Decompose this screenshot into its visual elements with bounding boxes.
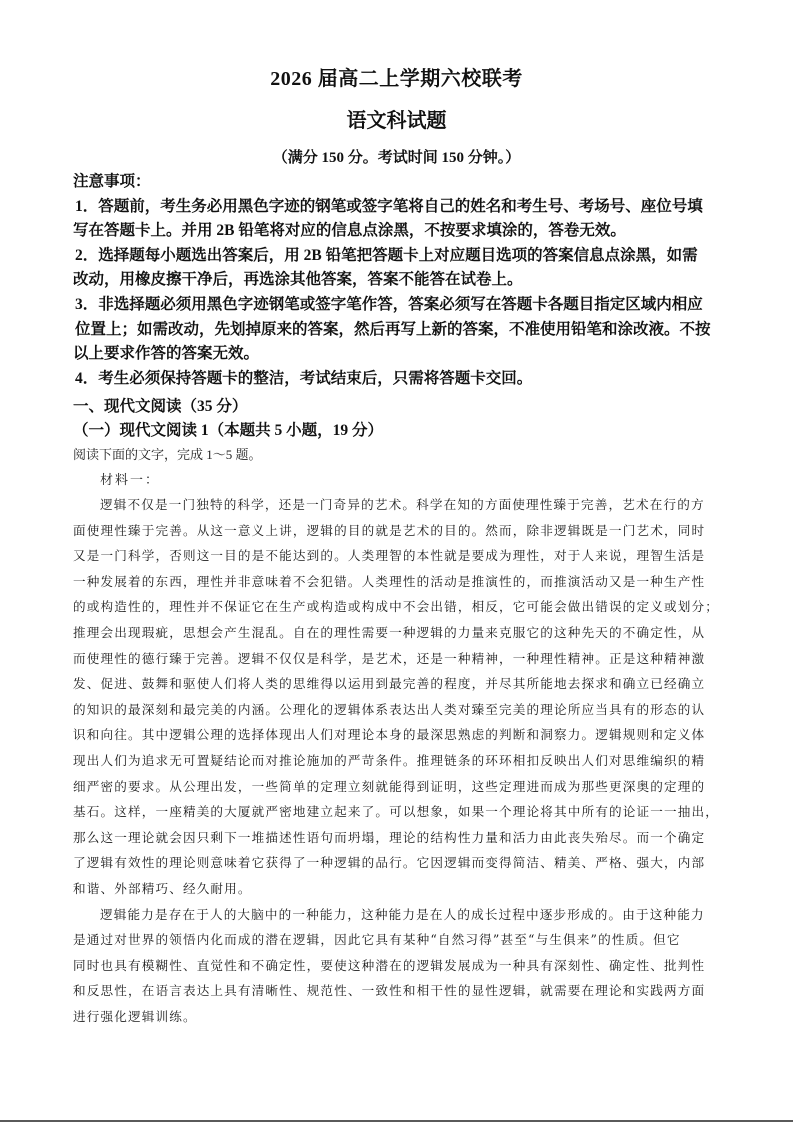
material-label: 材料一： bbox=[100, 469, 760, 488]
passage-line: 而使理性的德行臻于完善。逻辑不仅仅是科学，是艺术，还是一种精神，一种理性精神。正… bbox=[73, 646, 721, 672]
passage-line: 和反思性，在语言表达上具有清晰性、规范性、一致性和相干性的显性逻辑，就需要在理论… bbox=[73, 978, 721, 1004]
exam-title: 2026 届高二上学期六校联考 bbox=[0, 62, 793, 91]
passage-paragraph-1: 逻辑不仅是一门独特的科学，还是一门奇异的艺术。科学在知的方面使理性臻于完善，艺术… bbox=[73, 492, 721, 902]
subject-title: 语文科试题 bbox=[0, 104, 793, 133]
passage-line: 又是一门科学，否则这一目的是不能达到的。人类理智的本性就是要成为理性，对于人来说… bbox=[73, 543, 721, 569]
notice-line: 2．选择题每小题选出答案后，用 2B 铅笔把答题卡上对应题目选项的答案信息点涂黑… bbox=[73, 244, 733, 269]
passage-line: 是通过对世界的领悟内化而成的潜在逻辑，因此它具有某种“自然习得”甚至“与生俱来”… bbox=[73, 927, 721, 953]
section-subheading: （一）现代文阅读 1（本题共 5 小题，19 分） bbox=[73, 418, 733, 440]
section-heading: 一、现代文阅读（35 分） bbox=[73, 394, 733, 416]
passage-line: 推理会出现瑕疵，思想会产生混乱。自在的理性需要一种逻辑的力量来克服它的这种先天的… bbox=[73, 620, 721, 646]
passage-line: 现出人们为追求无可置疑结论而对推论施加的严苛条件。推理链条的环环相扣反映出人们对… bbox=[73, 748, 721, 774]
reading-instruction: 阅读下面的文字，完成 1～5 题。 bbox=[73, 444, 733, 463]
notice-line: 4．考生必须保持答题卡的整洁，考试结束后，只需将答题卡交回。 bbox=[73, 367, 733, 392]
notice-line: 位置上；如需改动，先划掉原来的答案，然后再写上新的答案，不准使用铅笔和涂改液。不… bbox=[73, 318, 733, 343]
passage-line: 逻辑不仅是一门独特的科学，还是一门奇异的艺术。科学在知的方面使理性臻于完善，艺术… bbox=[73, 492, 721, 518]
passage-line: 那么这一理论就会因只剩下一堆描述性语句而坍塌，理论的结构性力量和活力由此丧失殆尽… bbox=[73, 825, 721, 851]
passage-line: 细严密的要求。从公理出发，一些简单的定理立刻就能得到证明，这些定理进而成为那些更… bbox=[73, 774, 721, 800]
passage-line: 面使理性臻于完善。从这一意义上讲，逻辑的目的就是艺术的目的。然而，除非逻辑既是一… bbox=[73, 518, 721, 544]
notice-line: 1．答题前，考生务必用黑色字迹的钢笔或签字笔将自己的姓名和考生号、考场号、座位号… bbox=[73, 195, 733, 220]
passage-line: 进行强化逻辑训练。 bbox=[73, 1004, 721, 1030]
notice-heading: 注意事项： bbox=[73, 170, 733, 195]
passage-line: 的知识的最深刻和最完美的内涵。公理化的逻辑体系表达出人类对臻至完美的理论所应当具… bbox=[73, 697, 721, 723]
passage-line: 一种发展着的东西，理性并非意味着不会犯错。人类理性的活动是推演性的，而推演活动又… bbox=[73, 569, 721, 595]
passage-line: 基石。这样，一座精美的大厦就严密地建立起来了。可以想象，如果一个理论将其中所有的… bbox=[73, 799, 721, 825]
score-time-note: （满分 150 分。考试时间 150 分钟。） bbox=[0, 146, 793, 167]
notice-line: 写在答题卡上。并用 2B 铅笔将对应的信息点涂黑，不按要求填涂的，答卷无效。 bbox=[73, 219, 733, 244]
passage-line: 同时也具有模糊性、直觉性和不确定性，要使这种潜在的逻辑发展成为一种具有深刻性、确… bbox=[73, 953, 721, 979]
passage-line: 了逻辑有效性的理论则意味着它获得了一种逻辑的品行。它因逻辑而变得简洁、精美、严格… bbox=[73, 850, 721, 876]
notice-line: 3．非选择题必须用黑色字迹钢笔或签字笔作答，答案必须写在答题卡各题目指定区域内相… bbox=[73, 293, 733, 318]
exam-page: 2026 届高二上学期六校联考 语文科试题 （满分 150 分。考试时间 150… bbox=[0, 0, 793, 1122]
exam-notice: 注意事项： 1．答题前，考生务必用黑色字迹的钢笔或签字笔将自己的姓名和考生号、考… bbox=[73, 170, 733, 391]
passage-line: 的或构造性的，理性并不保证它在生产或构造或构成中不会出错，相反，它可能会做出错误… bbox=[73, 594, 721, 620]
passage-line: 识和向往。其中逻辑公理的选择体现出人们对理论本身的最深思熟虑的判断和洞察力。逻辑… bbox=[73, 722, 721, 748]
passage-paragraph-2: 逻辑能力是存在于人的大脑中的一种能力，这种能力是在人的成长过程中逐步形成的。由于… bbox=[73, 902, 721, 1030]
passage-line: 逻辑能力是存在于人的大脑中的一种能力，这种能力是在人的成长过程中逐步形成的。由于… bbox=[73, 902, 721, 928]
reading-passage: 逻辑不仅是一门独特的科学，还是一门奇异的艺术。科学在知的方面使理性臻于完善，艺术… bbox=[73, 492, 721, 1029]
passage-line: 发、促进、鼓舞和驱使人们将人类的思维得以运用到最完善的程度，并尽其所能地去探求和… bbox=[73, 671, 721, 697]
notice-line: 改动，用橡皮擦干净后，再选涂其他答案，答案不能答在试卷上。 bbox=[73, 268, 733, 293]
notice-line: 以上要求作答的答案无效。 bbox=[73, 342, 733, 367]
passage-line: 和谐、外部精巧、经久耐用。 bbox=[73, 876, 721, 902]
